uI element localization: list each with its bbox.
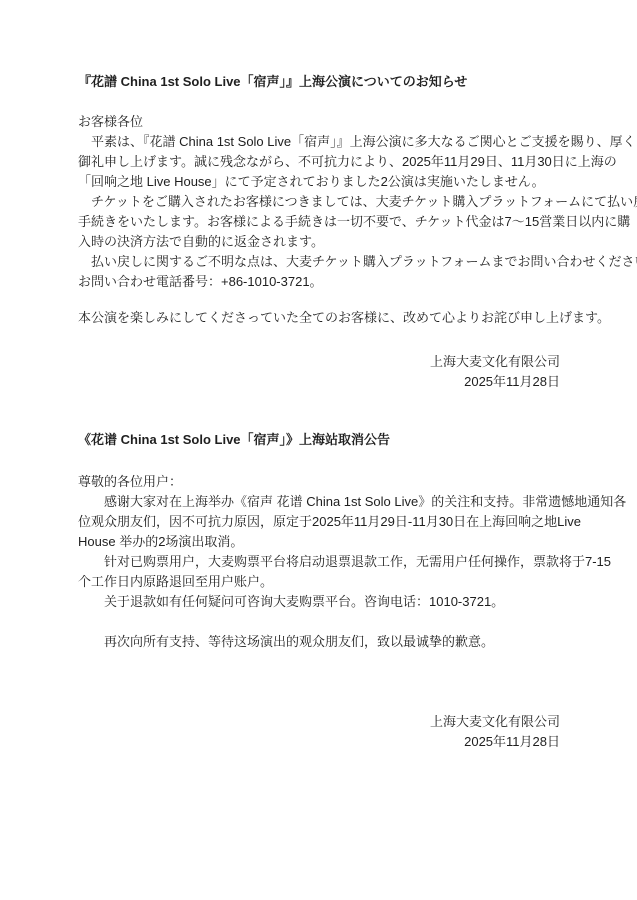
chinese-signature-date: 2025年11月28日 <box>78 732 560 752</box>
japanese-company-signature: 上海大麦文化有限公司 <box>78 352 560 372</box>
japanese-apology-line: 本公演を楽しみにしてくださっていた全てのお客様に、改めて心よりお詫び申し上げます… <box>78 308 560 328</box>
chinese-apology-line: 再次向所有支持、等待这场演出的观众朋友们，致以最诚挚的歉意。 <box>78 632 560 652</box>
japanese-salutation: お客様各位 <box>78 112 560 132</box>
chinese-company-signature: 上海大麦文化有限公司 <box>78 712 560 732</box>
notice-document: 『花譜 China 1st Solo Live「宿声」』上海公演についてのお知ら… <box>0 0 637 900</box>
chinese-notice-section: 《花谱 China 1st Solo Live「宿声」》上海站取消公告 尊敬的各… <box>78 430 560 752</box>
japanese-notice-section: 『花譜 China 1st Solo Live「宿声」』上海公演についてのお知ら… <box>78 72 560 392</box>
japanese-notice-title: 『花譜 China 1st Solo Live「宿声」』上海公演についてのお知ら… <box>78 72 560 92</box>
chinese-notice-title: 《花谱 China 1st Solo Live「宿声」》上海站取消公告 <box>78 430 560 450</box>
chinese-salutation: 尊敬的各位用户： <box>78 472 560 492</box>
chinese-body-text: 感谢大家对在上海举办《宿声 花谱 China 1st Solo Live》的关注… <box>78 492 560 612</box>
japanese-body-text: 平素は、『花譜 China 1st Solo Live「宿声」』上海公演に多大な… <box>78 132 560 292</box>
japanese-signature-date: 2025年11月28日 <box>78 372 560 392</box>
